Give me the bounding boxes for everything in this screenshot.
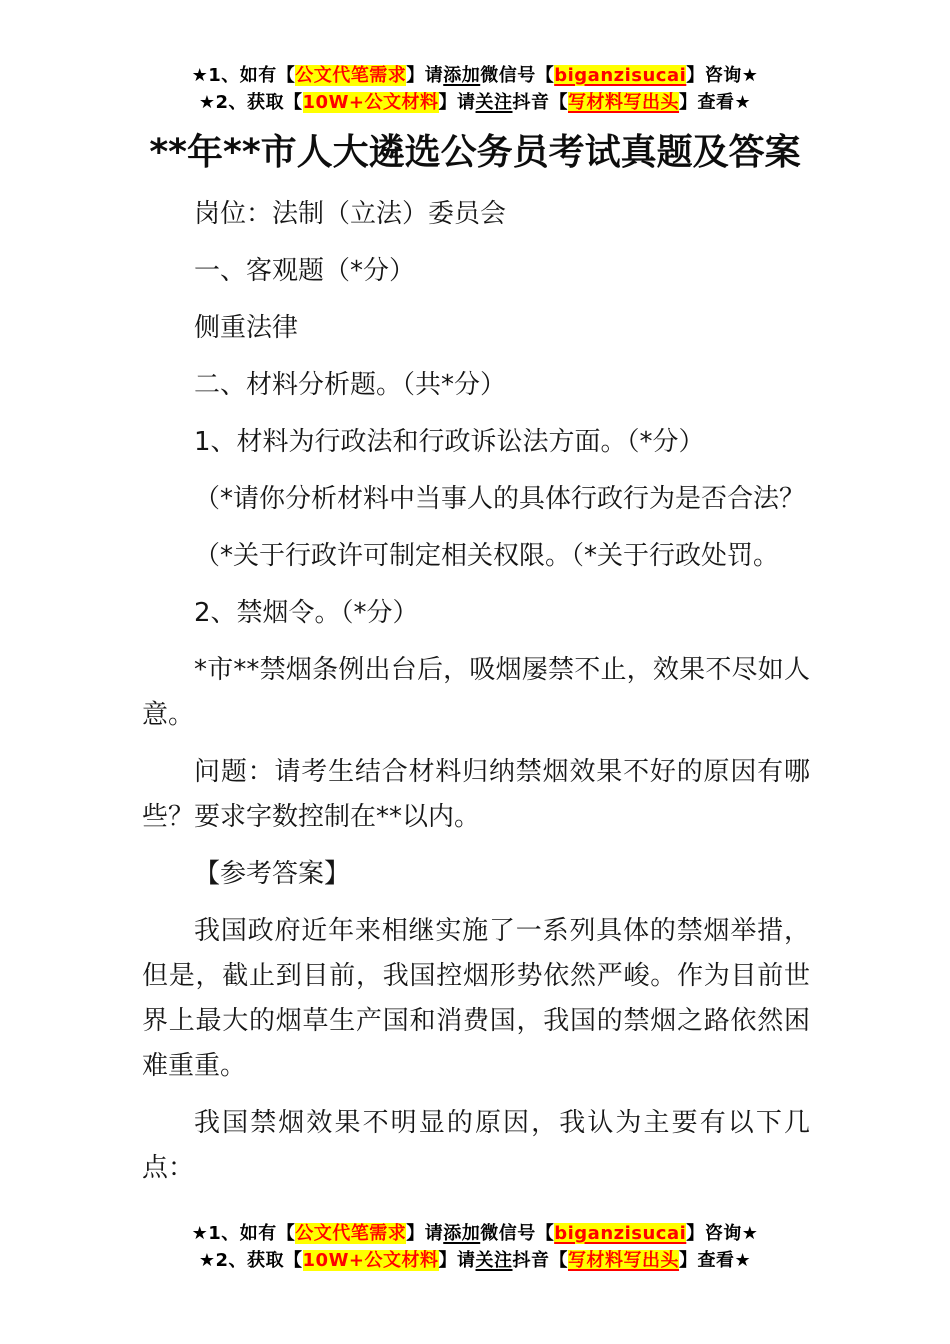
notice-segment: 】查看★	[679, 1250, 751, 1271]
notice-segment: ★1、如有【	[192, 65, 296, 86]
notice-segment: 抖音【	[513, 1250, 569, 1271]
notice-segment: 微信号【	[480, 65, 554, 86]
paragraph: 二、材料分析题。（共*分）	[142, 363, 810, 408]
document-page: ★1、如有【公文代笔需求】请添加微信号【biganzisucai】咨询★ ★2、…	[0, 0, 950, 1344]
paragraph: 我国禁烟效果不明显的原因，我认为主要有以下几点：	[142, 1101, 810, 1191]
notice-segment: biganzisucai	[554, 1223, 686, 1244]
notice-segment: 写材料写出头	[568, 1250, 679, 1271]
notice-segment: 10W+公文材料	[303, 1250, 439, 1271]
notice-segment: 】查看★	[679, 92, 751, 113]
notice-segment: 微信号【	[480, 1223, 554, 1244]
notice-segment: 】咨询★	[686, 65, 758, 86]
notice-segment: 关注	[476, 1250, 513, 1271]
notice-segment: ★1、如有【	[192, 1223, 296, 1244]
paragraph: 1、材料为行政法和行政诉讼法方面。（*分）	[142, 420, 810, 465]
paragraph: 我国政府近年来相继实施了一系列具体的禁烟举措，但是，截止到目前，我国控烟形势依然…	[142, 909, 810, 1089]
notice-segment: 】请	[406, 65, 443, 86]
notice-segment: 】请	[439, 92, 476, 113]
notice-segment: 公文代笔需求	[295, 65, 406, 86]
notice-segment: ★2、获取【	[199, 1250, 303, 1271]
header-notice-line-2: ★2、获取【10W+公文材料】请关注抖音【写材料写出头】查看★	[0, 89, 950, 116]
notice-segment: 10W+公文材料	[303, 92, 439, 113]
paragraph: （*关于行政许可制定相关权限。（*关于行政处罚。	[142, 534, 810, 579]
notice-segment: 写材料写出头	[568, 92, 679, 113]
notice-segment: 】请	[406, 1223, 443, 1244]
paragraph: 一、客观题（*分）	[142, 249, 810, 294]
footer-notice-line-2: ★2、获取【10W+公文材料】请关注抖音【写材料写出头】查看★	[0, 1247, 950, 1274]
document-title: **年**市人大遴选公务员考试真题及答案	[40, 128, 910, 178]
paragraph: *市**禁烟条例出台后，吸烟屡禁不止，效果不尽如人意。	[142, 648, 810, 738]
notice-segment: biganzisucai	[554, 65, 686, 86]
notice-segment: 抖音【	[513, 92, 569, 113]
notice-segment: 添加	[443, 1223, 480, 1244]
notice-segment: 】咨询★	[686, 1223, 758, 1244]
notice-segment: 】请	[439, 1250, 476, 1271]
footer-notice-line-1: ★1、如有【公文代笔需求】请添加微信号【biganzisucai】咨询★	[0, 1220, 950, 1247]
paragraph: 问题：请考生结合材料归纳禁烟效果不好的原因有哪些？要求字数控制在**以内。	[142, 750, 810, 840]
notice-segment: ★2、获取【	[199, 92, 303, 113]
paragraph: 2、禁烟令。（*分）	[142, 591, 810, 636]
notice-segment: 添加	[443, 65, 480, 86]
notice-segment: 公文代笔需求	[295, 1223, 406, 1244]
paragraph: 岗位：法制（立法）委员会	[142, 192, 810, 237]
footer-notice: ★1、如有【公文代笔需求】请添加微信号【biganzisucai】咨询★ ★2、…	[0, 1220, 950, 1274]
header-notice-line-1: ★1、如有【公文代笔需求】请添加微信号【biganzisucai】咨询★	[0, 62, 950, 89]
document-body: 岗位：法制（立法）委员会一、客观题（*分）侧重法律二、材料分析题。（共*分）1、…	[142, 192, 810, 1191]
paragraph: （*请你分析材料中当事人的具体行政行为是否合法？	[142, 477, 810, 522]
paragraph: 【参考答案】	[142, 852, 810, 897]
header-notice: ★1、如有【公文代笔需求】请添加微信号【biganzisucai】咨询★ ★2、…	[0, 0, 950, 116]
notice-segment: 关注	[476, 92, 513, 113]
paragraph: 侧重法律	[142, 306, 810, 351]
